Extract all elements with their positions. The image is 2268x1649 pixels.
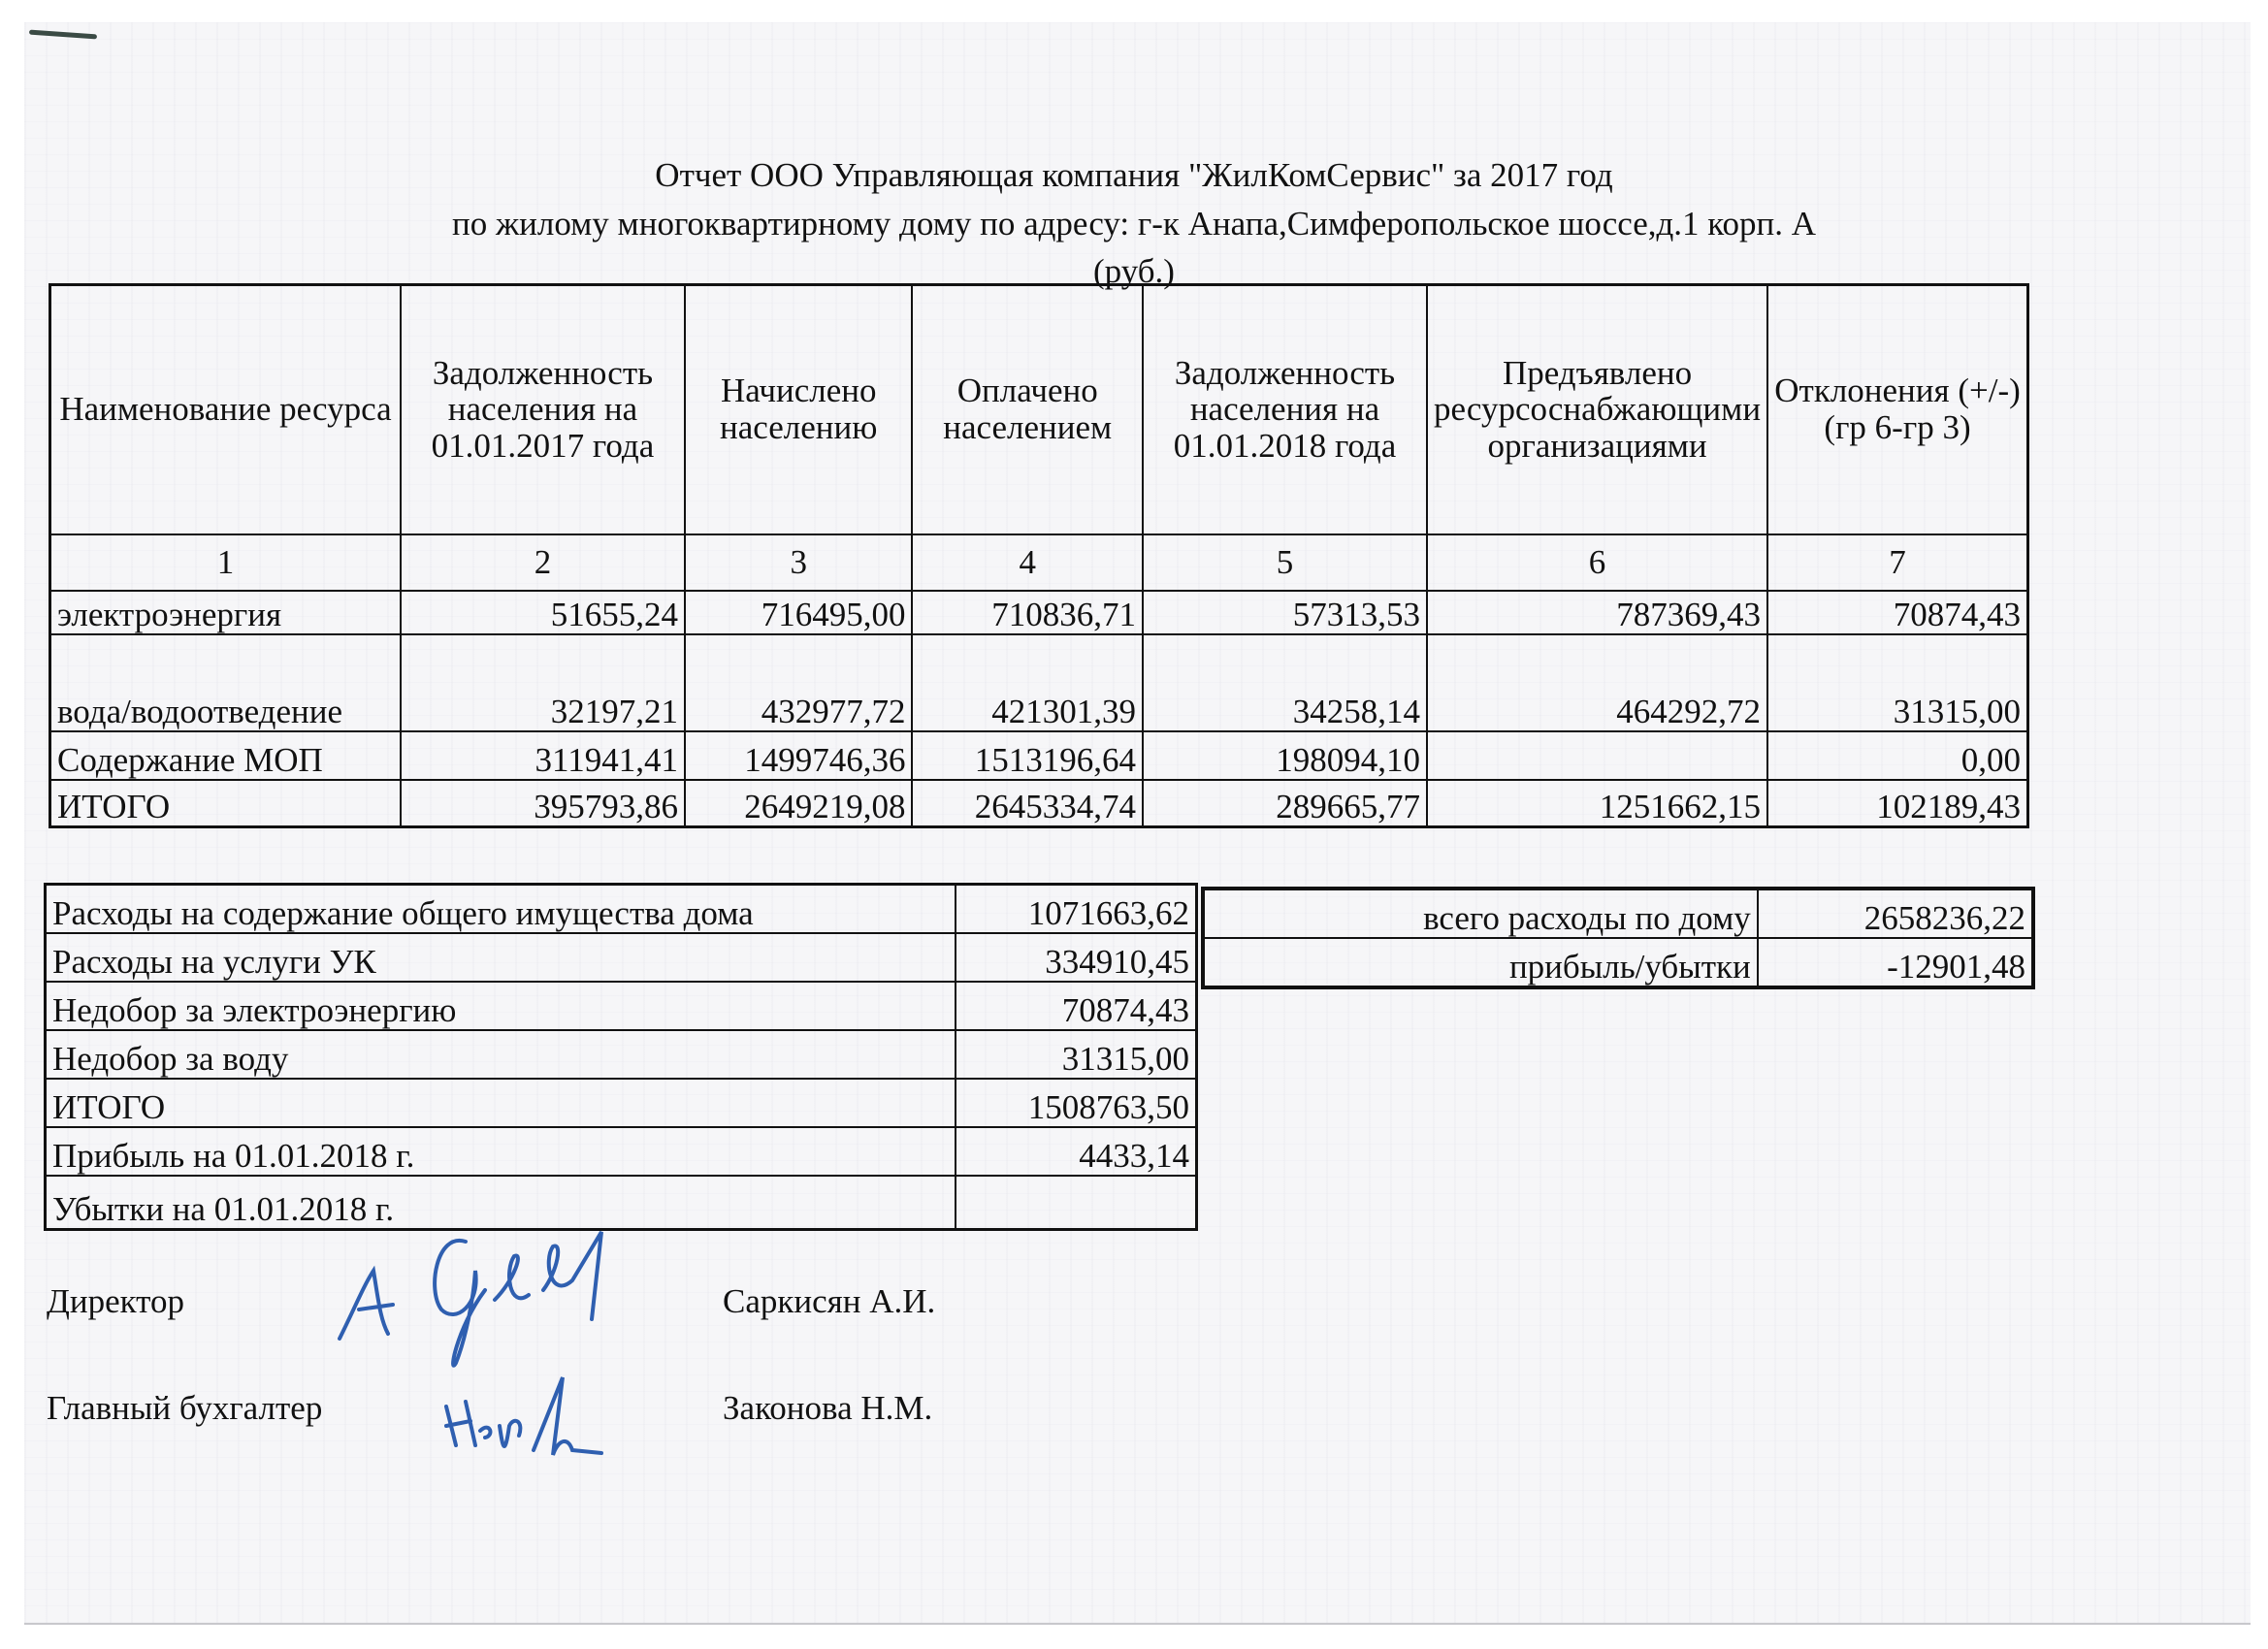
cell-value: 31315,00 [1767, 634, 2027, 731]
summary-value: -12901,48 [1758, 938, 2033, 987]
report-address: по жилому многоквартирному дому по адрес… [0, 207, 2268, 241]
table-total-row: ИТОГО 395793,86 2649219,08 2645334,74 28… [50, 780, 2028, 827]
expense-value: 70874,43 [956, 982, 1197, 1030]
table-row: прибыль/убытки -12901,48 [1203, 938, 2033, 987]
expense-value: 334910,45 [956, 933, 1197, 982]
cell-value: 710836,71 [912, 591, 1142, 634]
cell-value: 716495,00 [685, 591, 913, 634]
cell-value: 289665,77 [1143, 780, 1427, 827]
header-deviation: Отклонения (+/-)(гр 6-гр 3) [1767, 285, 2027, 534]
accountant-label: Главный бухгалтер [47, 1389, 322, 1428]
cell-value: 2645334,74 [912, 780, 1142, 827]
summary-label: всего расходы по дому [1203, 889, 1758, 938]
table-row: Расходы на услуги УК 334910,45 [46, 933, 1197, 982]
cell-value: 1251662,15 [1427, 780, 1767, 827]
resource-table: Наименование ресурса Задолженность насел… [49, 283, 2029, 828]
header-debt-2017: Задолженность населения на 01.01.2017 го… [401, 285, 685, 534]
column-number-row: 1 2 3 4 5 6 7 [50, 534, 2028, 591]
director-name: Саркисян А.И. [723, 1282, 935, 1321]
expense-value: 1071663,62 [956, 885, 1197, 934]
cell-value: 51655,24 [401, 591, 685, 634]
header-debt-2018: Задолженность населения на 01.01.2018 го… [1143, 285, 1427, 534]
table-row: вода/водоотведение 32197,21 432977,72 42… [50, 634, 2028, 731]
resource-name: вода/водоотведение [50, 634, 401, 731]
summary-value: 2658236,22 [1758, 889, 2033, 938]
table-row: электроэнергия 51655,24 716495,00 710836… [50, 591, 2028, 634]
cell-value: 32197,21 [401, 634, 685, 731]
table-total-row: ИТОГО 1508763,50 [46, 1079, 1197, 1127]
expense-label: Недобор за воду [46, 1030, 956, 1079]
expenses-table: Расходы на содержание общего имущества д… [44, 883, 1198, 1231]
cell-value: 70874,43 [1767, 591, 2027, 634]
report-title: Отчет ООО Управляющая компания "ЖилКомСе… [0, 158, 2268, 192]
cell-value: 395793,86 [401, 780, 685, 827]
cell-value: 421301,39 [912, 634, 1142, 731]
expense-value: 31315,00 [956, 1030, 1197, 1079]
expense-value: 1508763,50 [956, 1079, 1197, 1127]
cell-value [1427, 731, 1767, 780]
table-row: Содержание МОП 311941,41 1499746,36 1513… [50, 731, 2028, 780]
director-signature-icon [320, 1212, 640, 1377]
summary-label: прибыль/убытки [1203, 938, 1758, 987]
column-number: 7 [1767, 534, 2027, 591]
cell-value: 102189,43 [1767, 780, 2027, 827]
column-number: 2 [401, 534, 685, 591]
column-number: 1 [50, 534, 401, 591]
header-billed-by-suppliers: Предъявлено ресурсоснабжающими организац… [1427, 285, 1767, 534]
table-header-row: Наименование ресурса Задолженность насел… [50, 285, 2028, 534]
cell-value: 198094,10 [1143, 731, 1427, 780]
table-row: всего расходы по дому 2658236,22 [1203, 889, 2033, 938]
accountant-signature-icon [437, 1368, 621, 1465]
resource-name: Содержание МОП [50, 731, 401, 780]
column-number: 5 [1143, 534, 1427, 591]
cell-value: 787369,43 [1427, 591, 1767, 634]
column-number: 4 [912, 534, 1142, 591]
director-label: Директор [47, 1282, 184, 1321]
resource-name: электроэнергия [50, 591, 401, 634]
accountant-name: Законова Н.М. [723, 1389, 932, 1428]
column-number: 3 [685, 534, 913, 591]
cell-value: 0,00 [1767, 731, 2027, 780]
cell-value: 464292,72 [1427, 634, 1767, 731]
header-charged: Начислено населению [685, 285, 913, 534]
expense-label: ИТОГО [46, 1079, 956, 1127]
expense-value [956, 1176, 1197, 1229]
table-row: Расходы на содержание общего имущества д… [46, 885, 1197, 934]
cell-value: 311941,41 [401, 731, 685, 780]
cell-value: 34258,14 [1143, 634, 1427, 731]
resource-name: ИТОГО [50, 780, 401, 827]
header-resource-name: Наименование ресурса [50, 285, 401, 534]
table-row: Прибыль на 01.01.2018 г. 4433,14 [46, 1127, 1197, 1176]
summary-table: всего расходы по дому 2658236,22 прибыль… [1201, 887, 2035, 989]
table-row: Недобор за воду 31315,00 [46, 1030, 1197, 1079]
cell-value: 1513196,64 [912, 731, 1142, 780]
expense-label: Расходы на услуги УК [46, 933, 956, 982]
cell-value: 432977,72 [685, 634, 913, 731]
expense-label: Недобор за электроэнергию [46, 982, 956, 1030]
header-paid: Оплачено населением [912, 285, 1142, 534]
expense-label: Расходы на содержание общего имущества д… [46, 885, 956, 934]
expense-value: 4433,14 [956, 1127, 1197, 1176]
table-row: Недобор за электроэнергию 70874,43 [46, 982, 1197, 1030]
cell-value: 1499746,36 [685, 731, 913, 780]
expense-label: Прибыль на 01.01.2018 г. [46, 1127, 956, 1176]
cell-value: 2649219,08 [685, 780, 913, 827]
column-number: 6 [1427, 534, 1767, 591]
cell-value: 57313,53 [1143, 591, 1427, 634]
